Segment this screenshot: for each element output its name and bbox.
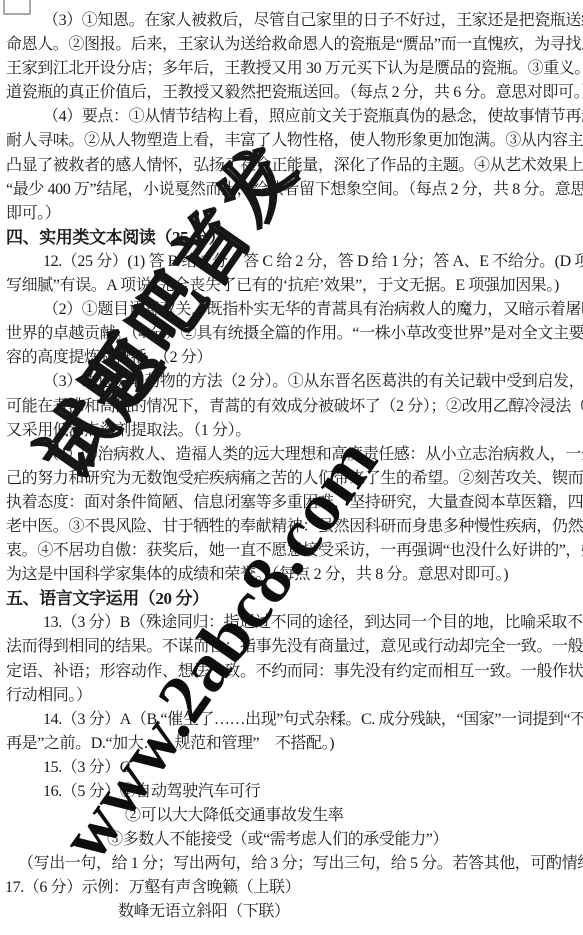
text-line: 13.（3 分）B（殊途同归：指通过不同的途径，到达同一个目的地，比喻采取不同的…	[0, 611, 583, 635]
text-line: （2）①题目语意双关，既指朴实无华的青蒿具有治病救人的魔力，又暗示着屠呦呦对	[0, 298, 583, 322]
text-line: 王家到江北开设分店；多年后，王教授又用 30 万元买下认为是赝品的瓷瓶。③重义。…	[0, 57, 583, 81]
text-line: 再是”之前。D.“加大……规范和管理” 不搭配。)	[0, 732, 583, 756]
section-heading: 五、语言文字运用（20 分）	[0, 587, 583, 611]
text-line: 即可。）	[0, 202, 583, 226]
text-line: 容的高度提炼和概括。（2 分）	[0, 346, 583, 370]
text-line: 道瓷瓶的真正价值后，王教授又毅然把瓷瓶送回。（每点 2 分，共 6 分。意思对即…	[0, 81, 583, 105]
text-line: 执着态度：面对条件简陋、信息闭塞等多重困难，坚持研究，大量查阅本草医籍，四处走访	[0, 491, 583, 515]
text-line: 可能在煮沸和高温的情况下，青蒿的有效成分被破坏了（2 分）；②改用乙醇冷浸法（1…	[0, 395, 583, 419]
text-line: 写细腻”有误。A 项说“完全丧失了已有的‘抗疟’效果”，于文无据。E 项强加因果…	[0, 274, 583, 298]
text-line: 衷。④不居功自傲：获奖后，她一直不愿意接受采访，一再强调“也没什么好讲的”，她认	[0, 539, 583, 563]
document-page: （3）①知恩。在家人被救后，尽管自己家里的日子不好过，王家还是把瓷瓶送给了救命恩…	[0, 0, 583, 935]
text-line: 己的努力和研究为无数饱受疟疾病痛之苦的人们带来了生的希望。②刻苦攻关、锲而不舍的	[0, 467, 583, 491]
text-line: 凸显了被救者的感人情怀，弘扬了社会正能量，深化了作品的主题。④从艺术效果上看，以	[0, 154, 583, 178]
text-line: 行动相同。）	[0, 684, 583, 708]
section-heading: 四、实用类文本阅读（25 分）	[0, 226, 583, 250]
text-line: （写出一句，给 1 分；写出两句，给 3 分；写出三句，给 5 分。若答其他，可…	[0, 852, 583, 876]
text-line: （4）要点：①从情节结构上看，照应前文关于瓷瓶真伪的悬念，使故事情节再起波澜，	[0, 105, 583, 129]
text-line: 16.（5 分）①自动驾驶汽车可行	[0, 780, 583, 804]
text-line: 耐人寻味。②从人物塑造上看，丰富了人物性格，使人物形象更加饱满。③从内容主旨上看…	[0, 129, 583, 153]
text-line: （3）改进提取药物的方法（2 分）。①从东晋名医葛洪的有关记载中受到启发，认识到	[0, 370, 583, 394]
text-line: 命恩人。②图报。后来，王家认为送给救命恩人的瓷瓶是“赝品”而一直愧疚，为寻找恩人…	[0, 33, 583, 57]
text-line: 老中医。③不畏风险、甘于牺牲的奉献精神：虽然因科研而身患多种慢性疾病，仍然不改初	[0, 515, 583, 539]
text-line: 14.（3 分）A（B.“催生了……出现”句式杂糅。C. 成分残缺，“国家”一词…	[0, 708, 583, 732]
text-line: （4）①治病救人、造福人类的远大理想和高度责任感：从小立志治病救人，一生以自	[0, 443, 583, 467]
text-line: 世界的卓越贡献。（4 分）②具有统摄全篇的作用。“一株小草改变世界”是对全文主要…	[0, 322, 583, 346]
text-line: 定语、补语；形容动作、想法一致。不约而同：事先没有约定而相互一致。一般作状语，指	[0, 660, 583, 684]
text-line: 17.（6 分）示例：万壑有声含晚籁（上联）	[0, 876, 583, 900]
text-line: 又采用低沸点溶剂提取法。（1 分）。	[0, 419, 583, 443]
answer-text-block: （3）①知恩。在家人被救后，尽管自己家里的日子不好过，王家还是把瓷瓶送给了救命恩…	[0, 9, 583, 925]
text-line: 法而得到相同的结果。不谋而合：指事先没有商量过，意见或行动却完全一致。一般作谓语…	[0, 635, 583, 659]
text-line: 15.（3 分）C	[0, 756, 583, 780]
text-line: 数峰无语立斜阳（下联）	[0, 900, 583, 924]
text-line: ②可以大大降低交通事故发生率	[0, 804, 583, 828]
text-line: 为这是中国科学家集体的成绩和荣誉。（每点 2 分，共 8 分。意思对即可。)	[0, 563, 583, 587]
text-line: 12.（25 分）(1) 答 B 给 3 分，答 C 给 2 分，答 D 给 1…	[0, 250, 583, 274]
text-line: ③多数人不能接受（或“需考虑人们的承受能力”）	[0, 828, 583, 852]
text-line: （3）①知恩。在家人被救后，尽管自己家里的日子不好过，王家还是把瓷瓶送给了救	[0, 9, 583, 33]
text-line: “最少 400 万”结尾，小说戛然而止，给读者留下想象空间。（每点 2 分，共 …	[0, 178, 583, 202]
